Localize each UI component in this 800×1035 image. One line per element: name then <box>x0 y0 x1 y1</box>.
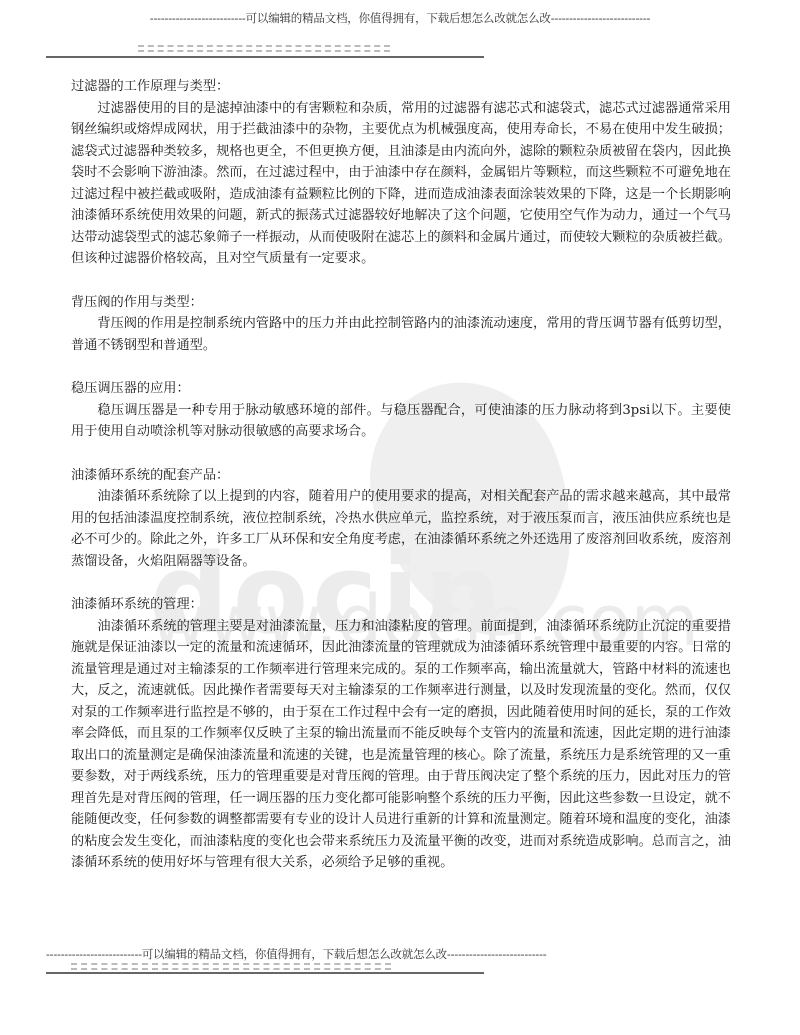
section-paragraph: 背压阀的作用是控制系统内管路中的压力并由此控制管路内的油漆流动速度，常用的背压调… <box>71 313 731 356</box>
section-filter: 过滤器的工作原理与类型： 过滤器使用的目的是滤掉油漆中的有害颗粒和杂质，常用的过… <box>71 76 731 270</box>
section-title: 过滤器的工作原理与类型： <box>71 76 731 98</box>
footer-banner: --------------------------可以编辑的精品文档，你值得拥… <box>46 946 392 962</box>
section-paragraph: 油漆循环系统除了以上提到的内容，随着用户的使用要求的提高，对相关配套产品的需求越… <box>71 486 731 572</box>
section-title: 油漆循环系统的配套产品： <box>71 465 731 487</box>
section-pressure-regulator: 稳压调压器的应用： 稳压调压器是一种专用于脉动敏感环境的部件。与稳压器配合，可使… <box>71 378 731 443</box>
section-title: 油漆循环系统的管理： <box>71 594 731 616</box>
header-banner: --------------------------可以编辑的精品文档，你值得拥… <box>92 10 708 26</box>
footer-divider <box>46 972 484 974</box>
section-paragraph: 过滤器使用的目的是滤掉油漆中的有害颗粒和杂质，常用的过滤器有滤芯式和滤袋式，滤芯… <box>71 98 731 270</box>
section-paragraph: 油漆循环系统的管理主要是对油漆流量，压力和油漆粘度的管理。前面提到，油漆循环系统… <box>71 616 731 874</box>
section-title: 稳压调压器的应用： <box>71 378 731 400</box>
header-banner-underline <box>138 45 390 52</box>
footer-banner-underline <box>71 963 391 970</box>
section-system-management: 油漆循环系统的管理： 油漆循环系统的管理主要是对油漆流量，压力和油漆粘度的管理。… <box>71 594 731 874</box>
header-divider <box>46 56 484 58</box>
section-accessory-products: 油漆循环系统的配套产品： 油漆循环系统除了以上提到的内容，随着用户的使用要求的提… <box>71 465 731 573</box>
section-title: 背压阀的作用与类型： <box>71 292 731 314</box>
document-body: 过滤器的工作原理与类型： 过滤器使用的目的是滤掉油漆中的有害颗粒和杂质，常用的过… <box>71 76 731 896</box>
section-back-pressure-valve: 背压阀的作用与类型： 背压阀的作用是控制系统内管路中的压力并由此控制管路内的油漆… <box>71 292 731 357</box>
section-paragraph: 稳压调压器是一种专用于脉动敏感环境的部件。与稳压器配合，可使油漆的压力脉动将到3… <box>71 400 731 443</box>
